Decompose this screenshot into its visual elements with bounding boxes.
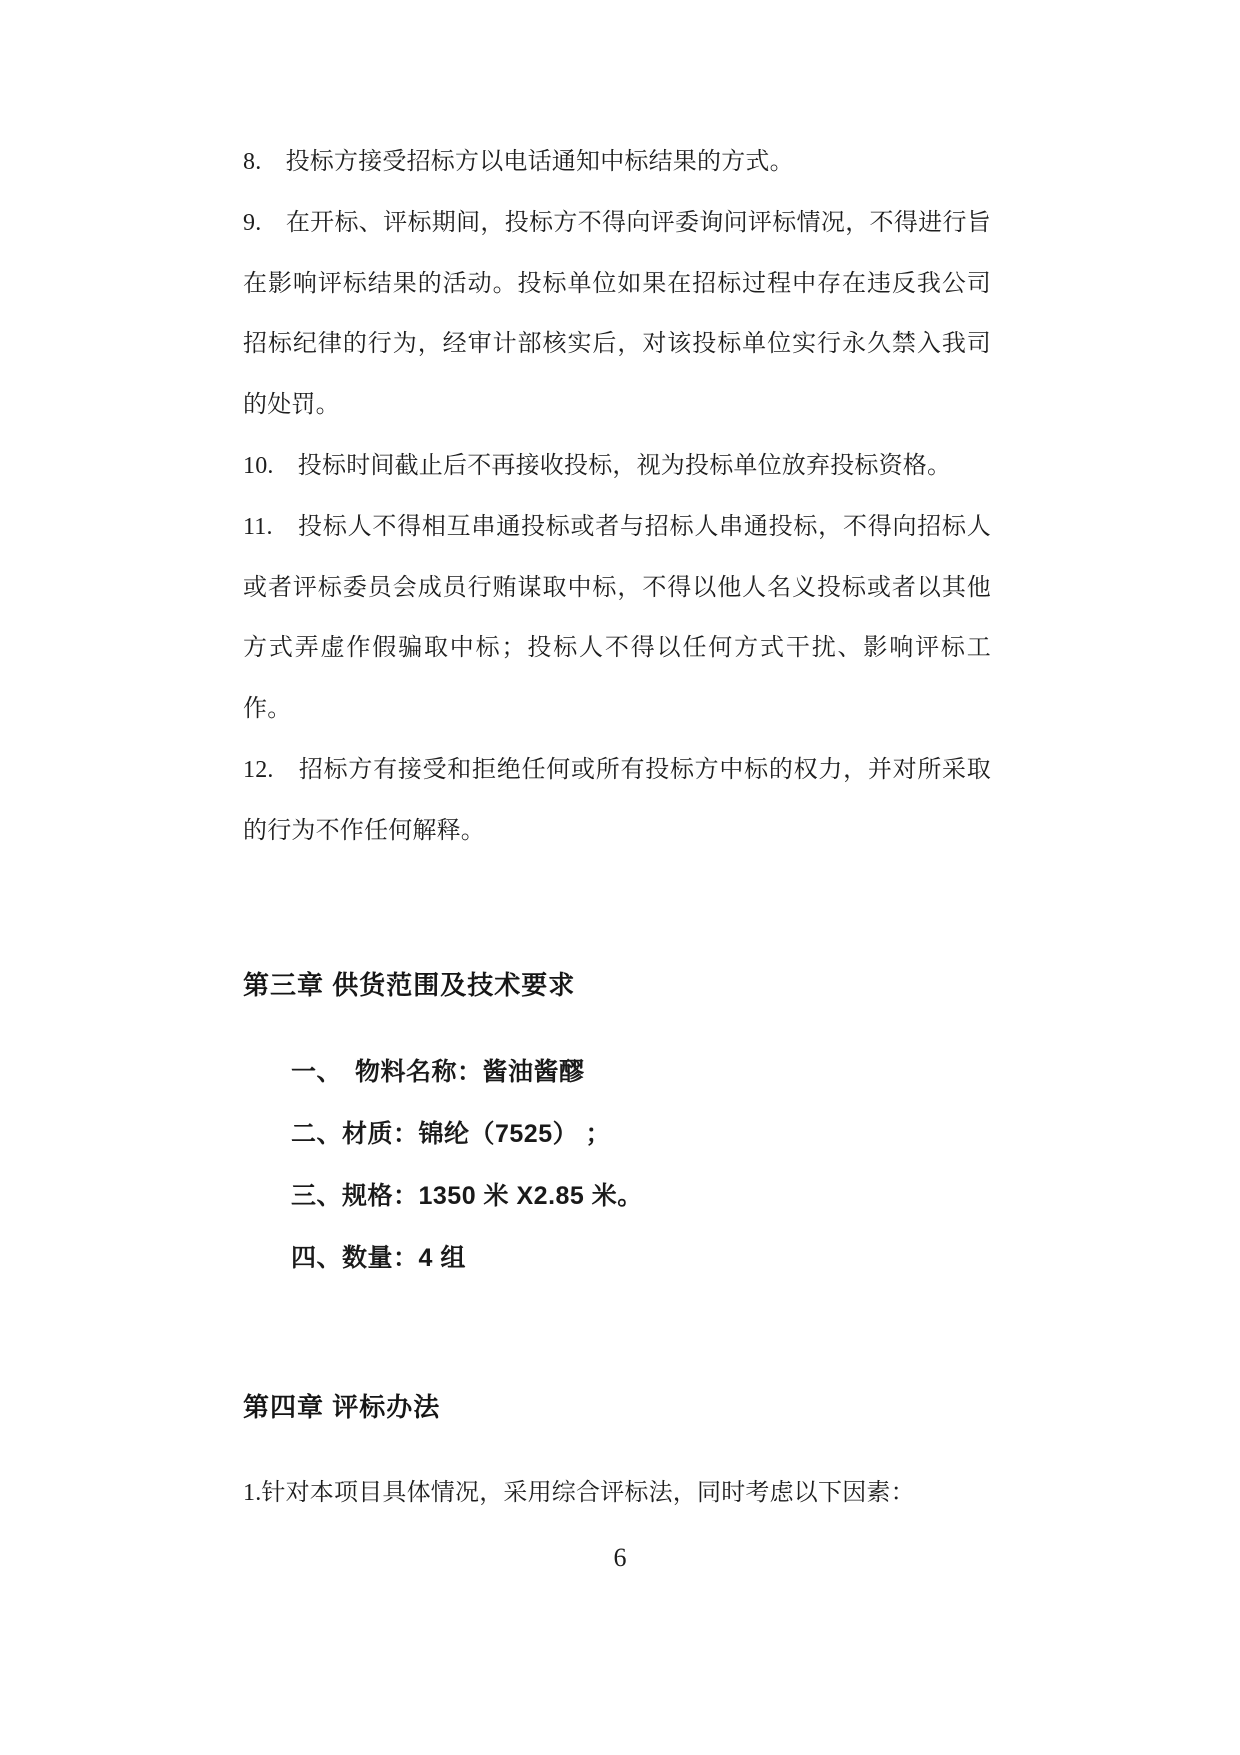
page-number: 6 — [0, 1541, 1240, 1575]
paragraph-clause-12: 12. 招标方有接受和拒绝任何或所有投标方中标的权力，并对所采取的行为不作任何解… — [243, 740, 991, 862]
list-item-quantity: 四、数量：4 组 — [291, 1227, 991, 1289]
list-item-material: 二、材质：锦纶（7525） ； — [291, 1103, 991, 1165]
chapter4-heading: 第四章 评标办法 — [243, 1387, 991, 1427]
list-item-material-name: 一、 物料名称：酱油酱醪 — [291, 1041, 991, 1103]
list-item-specification: 三、规格：1350 米 X2.85 米。 — [291, 1165, 991, 1227]
chapter3-heading: 第三章 供货范围及技术要求 — [243, 965, 991, 1005]
paragraph-clause-9: 9. 在开标、评标期间，投标方不得向评委询问评标情况，不得进行旨在影响评标结果的… — [243, 193, 991, 436]
paragraph-clause-8: 8. 投标方接受招标方以电话通知中标结果的方式。 — [243, 132, 991, 193]
chapter4-intro-paragraph: 1.针对本项目具体情况，采用综合评标法，同时考虑以下因素： — [243, 1463, 991, 1524]
paragraph-clause-10: 10. 投标时间截止后不再接收投标，视为投标单位放弃投标资格。 — [243, 436, 991, 497]
chapter3-item-list: 一、 物料名称：酱油酱醪 二、材质：锦纶（7525） ； 三、规格：1350 米… — [243, 1041, 991, 1289]
document-page: 8. 投标方接受招标方以电话通知中标结果的方式。 9. 在开标、评标期间，投标方… — [0, 0, 1240, 1755]
paragraph-clause-11: 11. 投标人不得相互串通投标或者与招标人串通投标，不得向招标人或者评标委员会成… — [243, 497, 991, 740]
document-content: 8. 投标方接受招标方以电话通知中标结果的方式。 9. 在开标、评标期间，投标方… — [243, 132, 991, 1523]
